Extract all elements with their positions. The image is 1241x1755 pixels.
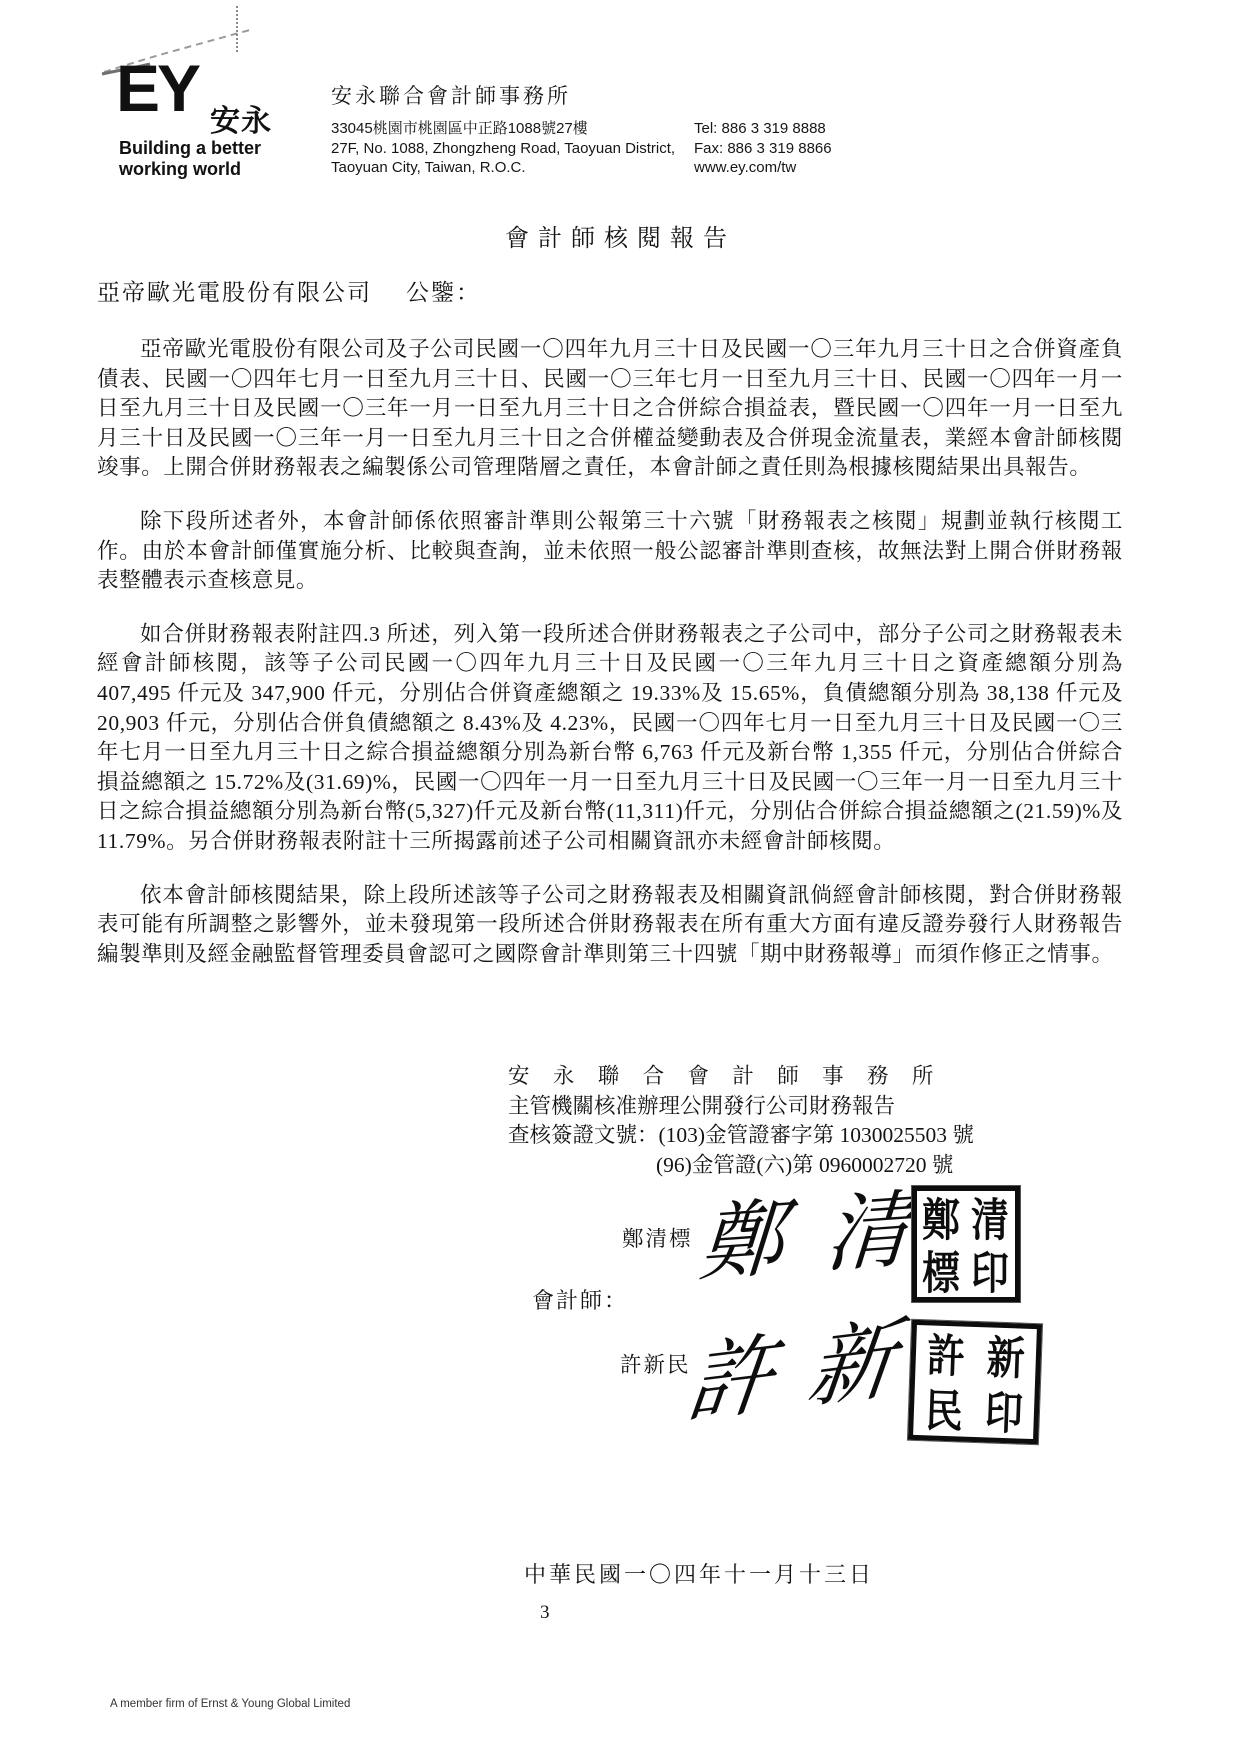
- ey-logo-chinese: 安永: [210, 96, 272, 140]
- addressee-company: 亞帝歐光電股份有限公司: [97, 280, 372, 305]
- telephone: Tel: 886 3 319 8888: [694, 119, 832, 139]
- cpa2-printed-name: 許新民: [620, 1348, 691, 1379]
- cpa1-printed-name: 鄭清標: [622, 1222, 693, 1253]
- cpa2-handwritten-signature: 許新: [681, 1284, 939, 1441]
- paragraph-scope: 亞帝歐光電股份有限公司及子公司民國一〇四年九月三十日及民國一〇三年九月三十日之合…: [97, 335, 1123, 483]
- seal-char: 印: [984, 1378, 1024, 1443]
- cpa2-seal-stamp-icon: 許 新 民 印: [908, 1320, 1042, 1444]
- firm-address: 33045桃園市桃園區中正路1088號27樓 27F, No. 1088, Zh…: [331, 119, 675, 178]
- ey-logo: EY: [116, 58, 198, 118]
- address-english-line1: 27F, No. 1088, Zhongzheng Road, Taoyuan …: [331, 139, 675, 159]
- approval-document-number-1: 查核簽證文號：(103)金管證審字第 1030025503 號: [508, 1121, 1148, 1151]
- paragraph-unreviewed-subsidiaries: 如合併財務報表附註四.3 所述，列入第一段所述合併財務報表之子公司中，部分子公司…: [97, 620, 1123, 857]
- member-firm-footer: A member firm of Ernst & Young Global Li…: [110, 1698, 350, 1710]
- report-title: 會計師核閱報告: [0, 218, 1241, 253]
- signature-block: 安 永 聯 合 會 計 師 事 務 所 主管機關核准辦理公開發行公司財務報告 查…: [508, 1062, 1148, 1180]
- signing-firm-name: 安 永 聯 合 會 計 師 事 務 所: [508, 1062, 1148, 1092]
- firm-name: 安永聯合會計師事務所: [331, 80, 571, 110]
- address-english-line2: Taoyuan City, Taiwan, R.O.C.: [331, 158, 675, 178]
- website: www.ey.com/tw: [694, 158, 832, 178]
- cpa1-seal-stamp-icon: 鄭 清 標 印: [912, 1186, 1020, 1302]
- scan-line-artifact: [236, 6, 238, 52]
- fax: Fax: 886 3 319 8866: [694, 139, 832, 159]
- tagline-line1: Building a better: [119, 138, 261, 159]
- seal-char: 民: [924, 1376, 964, 1441]
- addressee-salutation: 公鑒：: [406, 280, 481, 305]
- cpa-label: 會計師：: [532, 1284, 628, 1315]
- tagline-line2: working world: [119, 159, 261, 180]
- regulator-approval-line: 主管機關核准辦理公開發行公司財務報告: [508, 1092, 1148, 1122]
- review-report-page: EY 安永 Building a better working world 安永…: [0, 0, 1241, 1755]
- seal-char: 印: [972, 1239, 1010, 1303]
- paragraph-conclusion: 依本會計師核閱結果，除上段所述該等子公司之財務報表及相關資訊倘經會計師核閱，對合…: [97, 881, 1123, 970]
- ey-tagline: Building a better working world: [119, 138, 261, 180]
- report-date: 中華民國一〇四年十一月十三日: [524, 1558, 874, 1589]
- report-body: 亞帝歐光電股份有限公司公鑒： 亞帝歐光電股份有限公司及子公司民國一〇四年九月三十…: [97, 274, 1123, 993]
- page-number: 3: [540, 1602, 550, 1624]
- firm-contact: Tel: 886 3 319 8888 Fax: 886 3 319 8866 …: [694, 119, 832, 178]
- addressee-line: 亞帝歐光電股份有限公司公鑒：: [97, 274, 1123, 307]
- address-chinese: 33045桃園市桃園區中正路1088號27樓: [331, 119, 675, 139]
- seal-char: 標: [923, 1239, 961, 1303]
- paragraph-review-standards: 除下段所述者外，本會計師係依照審計準則公報第三十六號「財務報表之核閱」規劃並執行…: [97, 507, 1123, 596]
